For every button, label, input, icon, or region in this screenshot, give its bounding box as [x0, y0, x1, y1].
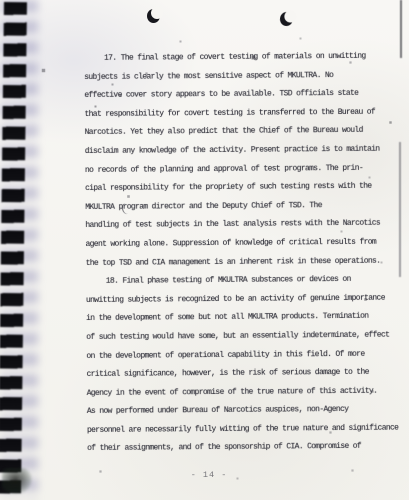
- paragraph-17: 17. The final stage of covert testing of…: [84, 47, 409, 273]
- page-number: - 14 -: [84, 470, 334, 480]
- binding-smudge: [2, 468, 32, 494]
- scan-speckles: [0, 0, 1, 1]
- scanned-document-page: 17. The final stage of covert testing of…: [0, 0, 409, 500]
- crescent-mark-icon: [279, 11, 294, 27]
- crescent-mark-icon: [147, 9, 160, 23]
- document-text: 17. The final stage of covert testing of…: [84, 47, 409, 459]
- paragraph-18: 18. Final phase testing of MKULTRA subst…: [86, 271, 409, 459]
